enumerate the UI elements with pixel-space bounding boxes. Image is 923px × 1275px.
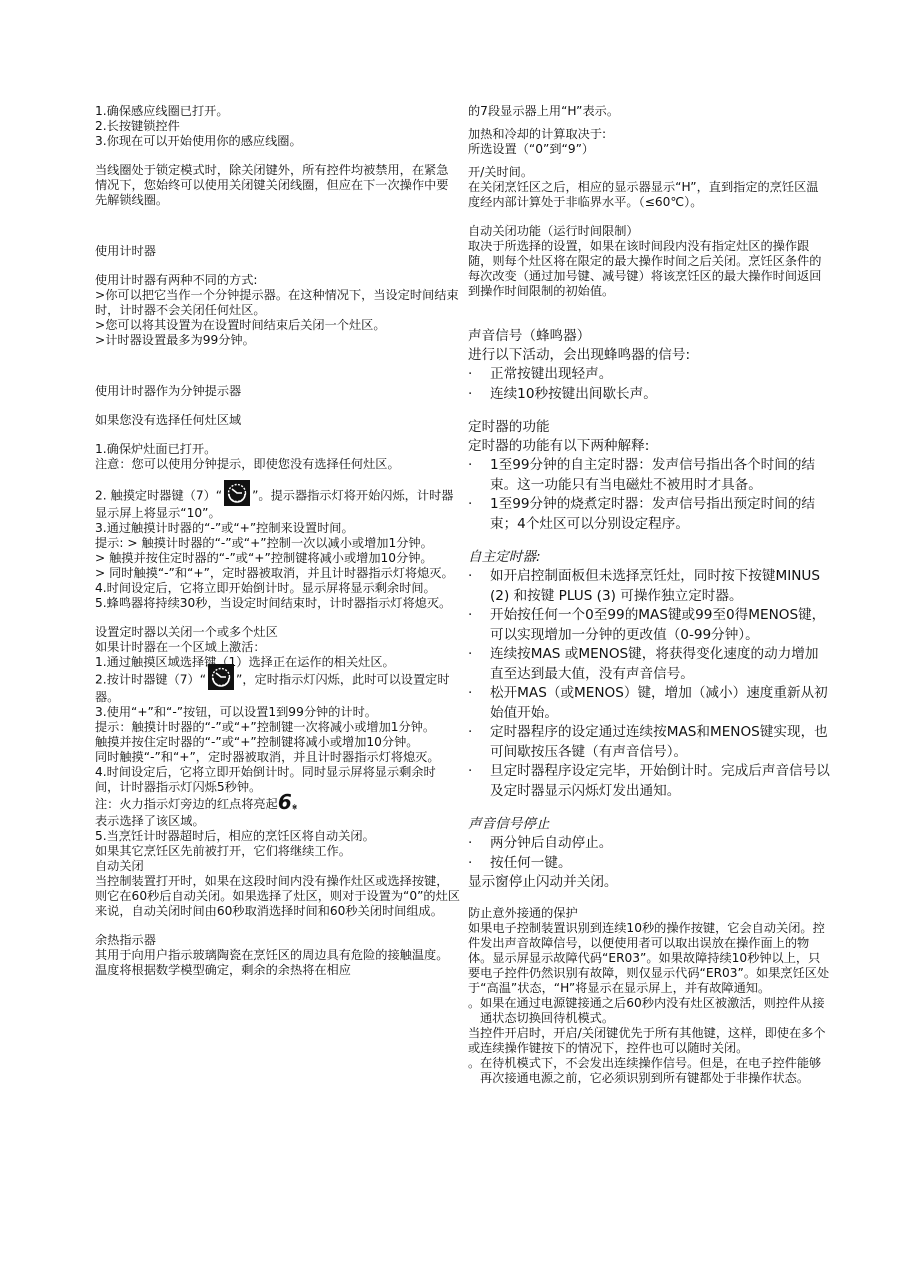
list-item: ·1至99分钟的自主定时器：发声信号指出各个时间的结 束。这一功能只有当电磁灶不… [468,456,830,495]
lock-note: 当线圈处于锁定模式时，除关闭键外，所有控件均被禁用，在紧急情况下，您始终可以使用… [95,163,460,208]
step-line: 1.通过触摸区域选择键（1）选择正在运作的相关灶区。 [95,655,460,670]
list-item: ·连续10秒按键出间歇长声。 [468,385,830,405]
list-item: ·如开启控制面板但未选择烹饪灶，同时按下按键MINUS (2) 和按键 PLUS… [468,567,830,606]
step-line: 3.通过触摸计时器的“-”或“+”控制来设置时间。 [95,521,460,536]
section-heading-signal-stop: 声音信号停止 [468,815,830,834]
step-line: 提示: > 触摸计时器的“-”或“+”控制一次以减小或增加1分钟。 [95,536,460,551]
list-item: ·定时器程序的设定通过连续按MAS和MENOS键实现，也可间歇按压各键（有声音信… [468,723,830,762]
signal-stop-after: 显示窗停止闪动并关闭。 [468,873,830,892]
list-item: ·松开MAS（或MENOS）键，增加（减小）速度重新从初始值开始。 [468,684,830,723]
protection-text: 如果电子控制装置识别到连续10秒的操作按键，它会自动关闭。控件发出声音故障信号，… [468,921,830,996]
step-line: 5.蜂鸣器将持续30秒，当设定时间结束时，计时器指示灯将熄灭。 [95,596,460,611]
buzzer-intro: 进行以下活动，会出现蜂鸣器的信号: [468,346,830,365]
step-line: 4.时间设定后，它将立即开始倒计时。显示屏将显示剩余时间。 [95,581,460,596]
auto-off-limit-text: 取决于所选择的设置，如果在该时间段内没有指定灶区的操作跟随，则每个灶区将在限定的… [468,239,830,299]
note-line: 表示选择了该区域。 [95,814,460,829]
list-item: ·正常按键出现轻声。 [468,365,830,385]
residual-heat-text: 其用于向用户指示玻璃陶瓷在烹饪区的周边具有危险的接触温度。温度将根据数学模型确定… [95,948,460,978]
list-item: ·旦定时器程序设定完毕，开始倒计时。完成后声音信号以及定时器显示闪烁灯发出通知。 [468,762,830,801]
section-heading-timer-function: 定时器的功能 [468,418,830,437]
note-line: 注意：您可以使用分钟提示，即使您没有选择任何灶区。 [95,457,460,472]
timer-function-intro: 定时器的功能有以下两种解释: [468,437,830,456]
timer-intro-line: >计时器设置最多为99分钟。 [95,333,460,348]
subheading-no-zone: 如果您没有选择任何灶区域 [95,413,460,428]
section-heading-independent-timer: 自主定时器: [468,548,830,567]
list-item: ·开始按任何一个0至99的MAS键或99至0得MENOS键，可以实现增加一分钟的… [468,606,830,645]
calc-line: 加热和冷却的计算取决于: [468,127,830,142]
right-column: 的7段显示器上用“H”表示。 加热和冷却的计算取决于: 所选设置（“0”到“9”… [468,104,830,1086]
section-heading-zones: 设置定时器以关闭一个或多个灶区 [95,625,460,640]
step-line: 同时触摸“-”和“+”，定时器被取消，并且计时器指示灯将熄灭。 [95,750,460,765]
step-line: 1.确保炉灶面已打开。 [95,442,460,457]
lock-step: 3.你现在可以开始使用你的感应线圈。 [95,134,460,149]
step-line-with-icon: 2.按计时器键（7）“”，定时指示灯闪烁，此时可以设置定时器。 [95,670,460,705]
section-heading-buzzer: 声音信号（蜂鸣器） [468,327,830,346]
timer-intro-line: 使用计时器有两种不同的方式: [95,273,460,288]
step-line: 提示：触摸计时器的“-”或“+”控制键一次将减小或增加1分钟。 [95,720,460,735]
step-line: > 同时触摸“-”和“+”，定时器被取消，并且计时器指示灯将熄灭。 [95,566,460,581]
step-line: 触摸并按住定时器的“-”或“+”控制键将减小或增加10分钟。 [95,735,460,750]
section-heading-minute-reminder: 使用计时器作为分钟提示器 [95,384,460,399]
timer-intro-line: >您可以将其设置为在设置时间结束后关闭一个灶区。 [95,318,460,333]
onoff-line: 开/关时间。 [468,165,830,180]
auto-off-text: 当控制装置打开时，如果在这段时间内没有操作灶区或选择按键，则它在60秒后自动关闭… [95,874,460,919]
section-heading-protection: 防止意外接通的保护 [468,906,830,921]
step-line: 5.当烹饪计时器超时后，相应的烹饪区将自动关闭。 [95,829,460,844]
left-column: 1.确保感应线圈已打开。 2.长按键锁控件 3.你现在可以开始使用你的感应线圈。… [95,104,460,978]
protection-text-2: 当控件开启时，开启/关闭键优先于所有其他键，这样，即使在多个或连续操作键按下的情… [468,1026,830,1056]
zones-intro: 如果计时器在一个区域上激活： [95,640,460,655]
residual-cont: 的7段显示器上用“H”表示。 [468,104,830,119]
section-heading-auto-off: 自动关闭 [95,859,460,874]
note-line-with-icon: 注：火力指示灯旁边的红点将亮起6⋇ [95,795,460,814]
step-line: 3.使用“+”和“-”按钮，可以设置1到99分钟的计时。 [95,705,460,720]
step-line: > 触摸并按住定时器的“-”或“+”控制键将减小或增加10分钟。 [95,551,460,566]
onoff-line: 在关闭烹饪区之后，相应的显示器显示“H”，直到指定的烹饪区温度经内部计算处于非临… [468,180,830,210]
burner-level-icon: 6⋇ [278,795,298,814]
list-item: ·连续按MAS 或MENOS键，将获得变化速度的动力增加直至达到最大值，没有声音… [468,645,830,684]
step-line-with-icon: 2. 触摸定时器键（7）“”。提示器指示灯将开始闪烁，计时器显示屏上将显示“10… [95,486,460,521]
section-heading-auto-off-limit: 自动关闭功能（运行时间限制） [468,224,830,239]
timer-intro-line: >你可以把它当作一个分钟提示器。在这种情况下，当设定时间结束时，计时器不会关闭任… [95,288,460,318]
step-line: 如果其它烹饪区先前被打开，它们将继续工作。 [95,844,460,859]
lock-step: 1.确保感应线圈已打开。 [95,104,460,119]
list-item: 。如果在通过电源键接通之后60秒内没有灶区被激活，则控件从接通状态切换回待机模式… [468,996,830,1026]
list-item: ·1至99分钟的烧煮定时器：发声信号指出预定时间的结 束；4个灶区可以分别设定程… [468,495,830,534]
section-heading-timer: 使用计时器 [95,244,460,259]
list-item: ·按任何一键。 [468,854,830,874]
list-item: 。在待机模式下，不会发出连续操作信号。但是，在电子控件能够再次接通电源之前，它必… [468,1056,830,1086]
calc-line: 所选设置（“0”到“9”） [468,142,830,157]
lock-step: 2.长按键锁控件 [95,119,460,134]
timer-clock-icon [208,664,234,690]
section-heading-residual-heat: 余热指示器 [95,933,460,948]
timer-clock-icon [224,480,250,506]
list-item: ·两分钟后自动停止。 [468,834,830,854]
